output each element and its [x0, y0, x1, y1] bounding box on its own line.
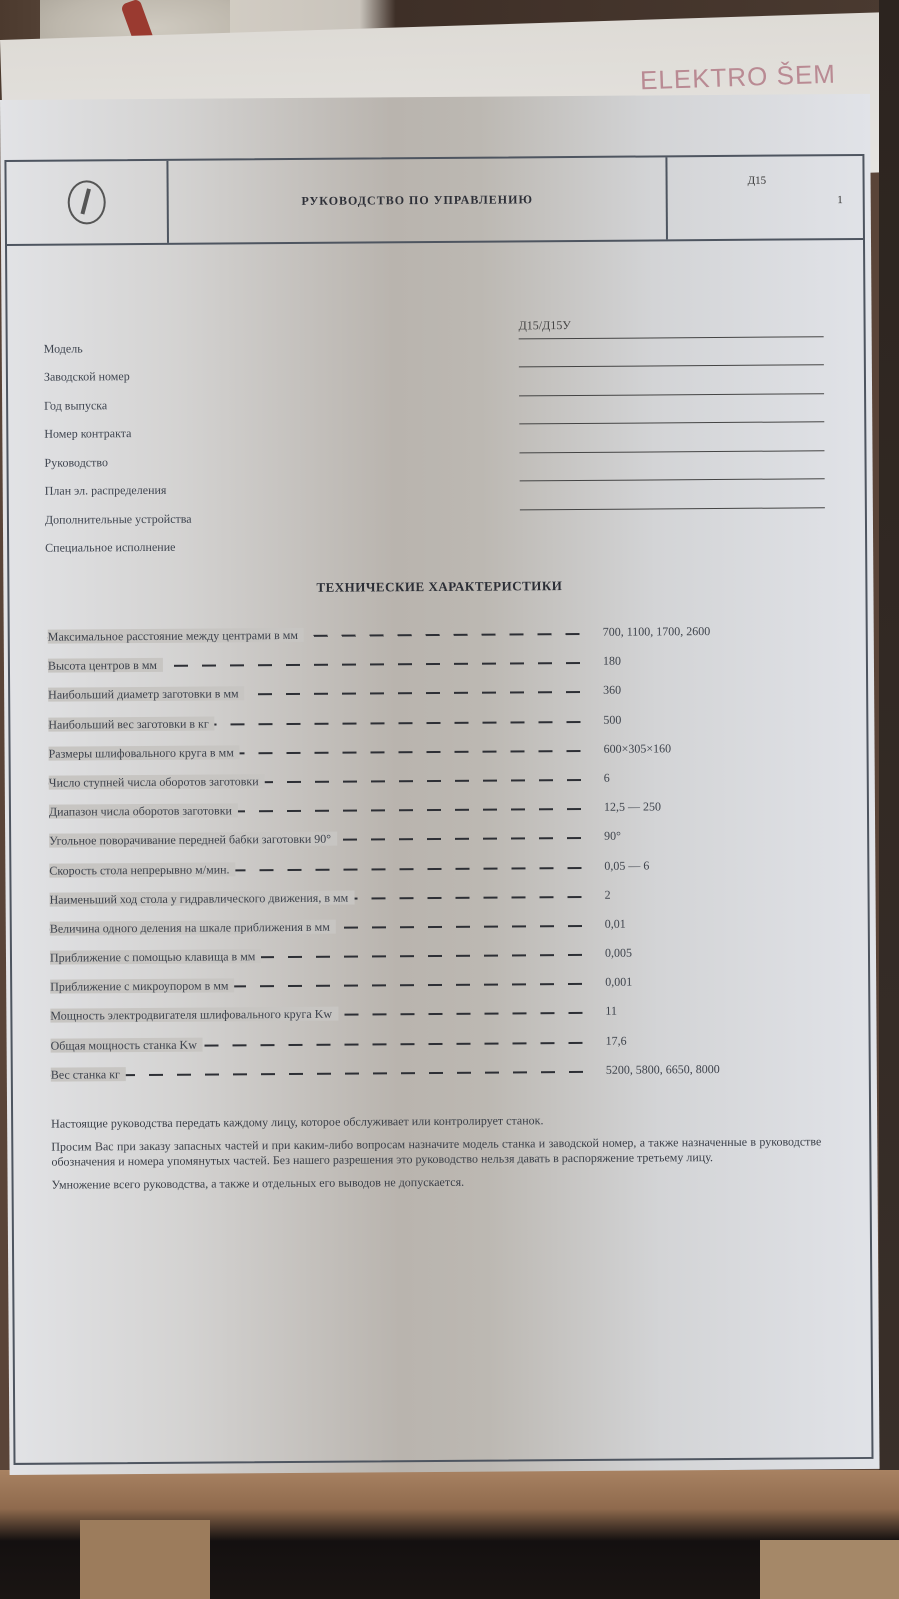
spec-value: 180 [603, 654, 621, 669]
spec-value: 2 [605, 887, 611, 902]
spec-label-text: Диапазон числа оборотов заготовки [49, 803, 238, 818]
spec-label: Приближение с микроупором в мм [50, 979, 234, 995]
spec-label-text: Число ступней числа оборотов заготовки [49, 774, 265, 790]
spec-label: Вес станка кг [51, 1067, 126, 1083]
spec-label-text: Общая мощность станка Kw [51, 1037, 203, 1052]
field-label: Год выпуска [44, 398, 107, 413]
spec-label: Число ступней числа оборотов заготовки [49, 774, 265, 791]
spec-value: 500 [603, 712, 621, 727]
header-logo-cell [6, 161, 169, 244]
spec-label-text: Мощность электродвигателя шлифовального … [50, 1007, 338, 1023]
spec-label: Угольное поворачивание передней бабки за… [49, 832, 337, 849]
spec-label: Максимальное расстояние между центрами в… [48, 628, 304, 645]
field-underline [519, 336, 824, 339]
spec-value: 12,5 — 250 [604, 800, 661, 815]
spec-label: Диапазон числа оборотов заготовки [49, 803, 238, 819]
field-underline [519, 421, 824, 424]
spec-value: 6 [604, 771, 610, 786]
spec-value: 11 [605, 1004, 617, 1019]
background-cardboard [80, 1520, 210, 1599]
header-meta-cell: Д15 1 [667, 156, 863, 239]
spec-row: Вес станка кг5200, 5800, 6650, 8000 [51, 1056, 831, 1091]
document-frame: РУКОВОДСТВО ПО УПРАВЛЕНИЮ Д15 1 Модель Д… [4, 154, 873, 1465]
spec-value: 0,005 [605, 946, 632, 961]
spec-value: 0,05 — 6 [604, 858, 649, 873]
spec-label: Мощность электродвигателя шлифовального … [50, 1007, 338, 1024]
field-value: Д15/Д15У [519, 318, 571, 333]
leader-dashes [51, 1071, 586, 1077]
spec-label: Величина одного деления на шкале приближ… [50, 920, 336, 937]
spec-label-text: Приближение с помощью клавища в мм [50, 949, 261, 964]
specs-heading: ТЕХНИЧЕСКИЕ ХАРАКТЕРИСТИКИ [9, 576, 869, 598]
spec-label-text: Наименьший ход стола у гидравлического д… [50, 890, 355, 906]
spec-label-text: Размеры шлифовального круга в мм [49, 745, 240, 760]
note-paragraph: Настоящие руководства передать каждому л… [51, 1111, 821, 1131]
field-label: План эл. распределения [45, 483, 167, 499]
spec-label-text: Наибольший вес заготовки в кг [48, 716, 214, 731]
field-label: Номер контракта [44, 426, 131, 442]
spec-label: Скорость стола непрерывно м/мин. [49, 862, 235, 878]
spec-label: Наибольший вес заготовки в кг [48, 716, 215, 732]
spec-label-text: Угольное поворачивание передней бабки за… [49, 832, 337, 848]
field-row: Специальное исполнение [45, 526, 825, 560]
spec-label: Наибольший диаметр заготовки в мм [48, 687, 245, 703]
field-label: Дополнительные устройства [45, 511, 192, 527]
spec-label-text: Вес станка кг [51, 1067, 126, 1082]
spec-label-text: Величина одного деления на шкале приближ… [50, 920, 336, 936]
spec-label: Приближение с помощью клавища в мм [50, 949, 261, 965]
spec-label: Высота центров в мм [48, 658, 163, 674]
field-label: Заводской номер [44, 369, 130, 385]
spec-value: 600×305×160 [603, 741, 671, 756]
spec-value: 0,01 [605, 917, 626, 932]
spec-label-text: Приближение с микроупором в мм [50, 979, 234, 994]
spec-label: Общая мощность станка Kw [51, 1037, 203, 1053]
spec-label-text: Максимальное расстояние между центрами в… [48, 628, 304, 644]
page-number: 1 [837, 194, 843, 206]
field-label: Специальное исполнение [45, 540, 175, 556]
background-edge [879, 0, 899, 1599]
field-underline [519, 450, 824, 453]
document-title: РУКОВОДСТВО ПО УПРАВЛЕНИЮ [168, 157, 668, 242]
spec-label: Размеры шлифовального круга в мм [49, 745, 240, 761]
model-code: Д15 [748, 175, 767, 187]
spec-label: Наименьший ход стола у гидравлического д… [50, 890, 355, 907]
field-underline [519, 393, 824, 396]
spec-label-text: Наибольший диаметр заготовки в мм [48, 687, 245, 702]
spec-value: 5200, 5800, 6650, 8000 [606, 1062, 720, 1078]
note-paragraph: Умножение всего руководства, а также и о… [52, 1172, 822, 1192]
spec-value: 90° [604, 829, 621, 844]
note-paragraph: Просим Вас при заказу запасных частей и … [51, 1134, 821, 1169]
field-underline [520, 478, 825, 481]
specs-table: Максимальное расстояние между центрами в… [48, 618, 831, 1090]
spec-value: 17,6 [606, 1033, 627, 1048]
identification-fields: Модель Д15/Д15У Заводской номер Год выпу… [44, 326, 826, 559]
field-underline [520, 507, 825, 510]
field-underline [519, 364, 824, 367]
document-page: РУКОВОДСТВО ПО УПРАВЛЕНИЮ Д15 1 Модель Д… [0, 94, 880, 1475]
document-header: РУКОВОДСТВО ПО УПРАВЛЕНИЮ Д15 1 [6, 156, 863, 246]
background-cardboard [760, 1540, 899, 1599]
notes-section: Настоящие руководства передать каждому л… [51, 1111, 822, 1200]
spec-value: 0,001 [605, 975, 632, 990]
spec-value: 360 [603, 683, 621, 698]
field-label: Модель [44, 341, 83, 356]
spec-label-text: Высота центров в мм [48, 658, 163, 673]
factory-emblem-icon [68, 180, 106, 224]
spec-value: 700, 1100, 1700, 2600 [603, 624, 711, 640]
spec-label-text: Скорость стола непрерывно м/мин. [49, 862, 235, 877]
field-label: Руководство [44, 455, 108, 470]
